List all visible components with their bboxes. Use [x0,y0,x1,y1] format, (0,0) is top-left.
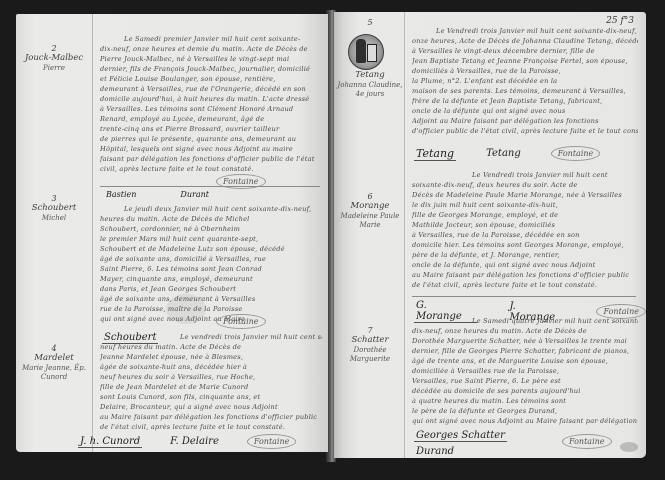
text-line: Le vendredi trois Janvier mil huit cent … [100,332,322,342]
text-line: le premier Mars mil huit cent quarante-s… [100,234,322,244]
text-line: Delaire, Brocanteur, qui a signé avec no… [100,402,322,412]
text-line: Décès de Madeleine Paule Marie Morange, … [412,190,638,200]
text-line: domiciliée à Versailles rue de la Parois… [412,366,638,376]
text-line: heures du matin. Acte de Décès de Michel [100,214,322,224]
text-line: civil, après lecture faite et le tout co… [100,164,322,174]
text-line: de pierres qui le présente, quarante ans… [100,134,322,144]
entry-surname: Jouck-Malbec [18,53,90,64]
entry-margin-4: 4 Mardelet Marie Jeanne, Ép. Cunord [18,344,90,382]
text-line: Le Samedi premier Janvier mil huit cent … [100,34,322,44]
entry-text-4: Le vendredi trois Janvier mil huit cent … [100,332,322,432]
left-page: 2 Jouck-Malbec Pierre Le Samedi premier … [16,14,328,452]
fiscal-stamp-icon [348,34,384,70]
text-line: Le Vendredi trois Janvier mil huit cent [412,170,638,180]
signature: Fontaine [247,434,297,449]
text-line: Jeanne Mardelet épouse, née à Blesmes, [100,352,322,362]
text-line: âgé de soixante ans, demeurant à Versail… [100,294,322,304]
entry-margin-5: 5 [334,18,406,27]
text-line: Pierre Jouck-Malbec, né à Versailles le … [100,54,322,64]
text-line: Schoubert et de Madeleine Lutz son épous… [100,244,322,254]
signature: Fontaine [216,314,266,329]
text-line: le père de la défunte et Georges Durand, [412,406,638,416]
entry-text-2: Le Samedi premier Janvier mil huit cent … [100,34,322,174]
text-line: Mayer, cinquante ans, employé, demeurant [100,274,322,284]
signature: F. Delaire [168,436,221,447]
text-line: dans Paris, et Jean Georges Schoubert [100,284,322,294]
folio-number: 25 f°3 [606,16,634,26]
signature-row-7-official: Fontaine [562,434,612,449]
entry-surname: Schatter [334,335,406,346]
text-line: domicile hier. Les témoins sont Georges … [412,240,638,250]
entry-divider [412,296,636,297]
signature: Fontaine [551,146,601,161]
signature: Bastien [104,190,138,199]
entry-margin-3: 3 Schoubert Michel [18,194,90,223]
text-line: faisant par délégation les fonctions d'o… [100,154,322,164]
text-line: Schoubert, cordonnier, né à Obernheim [100,224,322,234]
text-line: le dix juin mil huit cent soixante-dix-h… [412,200,638,210]
entry-margin-6: 6 Morange Madeleine Paule Marie [334,192,406,230]
text-line: au Maire faisant par délégation les fonc… [412,270,638,280]
entry-divider [100,186,320,187]
text-line: neuf heures du matin. Acte de Décès de [100,342,322,352]
signature-row-3-top: Bastien Durant [104,190,211,199]
signature-row-4: J. h. Cunord F. Delaire Fontaine [78,434,296,449]
entry-text-3: Le jeudi deux Janvier mil huit cent soix… [100,204,322,324]
text-line: Renard, employé au Lycée, demeurant, âgé… [100,114,322,124]
text-line: frère de la défunte et Jean Baptiste Tet… [412,96,638,106]
entry-given-name: Johanna Claudine, 4e jours [334,81,406,99]
entry-given-name: Madeleine Paule Marie [334,212,406,230]
text-line: d'officier public de l'état civil, après… [412,126,638,136]
text-line: Jean Baptiste Tetang et Jeanne Françoise… [412,56,638,66]
right-page: 25 f°3 5 Tetang Johanna Claudine, 4e jou… [334,12,646,458]
text-line: sont Louis Cunord, son fils, cinquante a… [100,392,322,402]
text-line: domiciliés à Versailles, rue de la Paroi… [412,66,638,76]
entry-number: 2 [18,44,90,53]
text-line: dix-neuf, onze heures et demie du matin.… [100,44,322,54]
text-line: de l'état civil, après lecture faite et … [412,280,638,290]
entry-surname: Morange [334,201,406,212]
text-line: à Versailles. Les témoins sont Clément H… [100,104,322,114]
text-line: Adjoint au Maire faisant par délégation … [412,116,638,126]
text-line: trente-cinq ans et Pierre Brossard, ouvr… [100,124,322,134]
signature-row-3-official: Fontaine [216,314,266,329]
text-line: âgée de soixante-huit ans, décédée hier … [100,362,322,372]
paper-stain [620,442,638,452]
folio-value: 25 [606,16,617,26]
signature: J. h. Cunord [78,436,142,448]
entry-number: 7 [334,326,406,335]
text-line: soixante-dix-neuf, deux heures du soir. … [412,180,638,190]
text-line: rue de la Paroisse, maître de la Paroiss… [100,304,322,314]
text-line: décédée au domicile de ses parents aujou… [412,386,638,396]
entry-given-name: Dorothée Marguerite [334,346,406,364]
text-line: qui ont signé avec nous Adjoint au Maire… [412,416,638,426]
text-line: qui ont signé avec nous Adjoint au Maire [100,314,322,324]
text-line: âgé de trente ans, et de Marguerite Loui… [412,356,638,366]
text-line: dix-neuf, onze heures du matin. Acte de … [412,326,638,336]
folio-alt: f°3 [620,16,634,26]
entry-margin-5-name: Tetang Johanna Claudine, 4e jours [334,70,406,99]
text-line: Le Vendredi trois Janvier mil huit cent … [412,26,638,36]
signature: Tetang [484,148,523,159]
entry-text-7: Le Samedi quatre Janvier mil huit cent s… [412,316,638,426]
signature: Georges Schatter [414,430,507,442]
signature-row-5: Tetang Tetang Fontaine [414,146,600,161]
text-line: et Félicie Louise Boulanger, son épouse,… [100,74,322,84]
entry-surname: Mardelet [18,353,90,364]
entry-text-5: Le Vendredi trois Janvier mil huit cent … [412,26,638,136]
entry-margin-2: 2 Jouck-Malbec Pierre [18,44,90,73]
text-line: père de la défunte, et J. Morange, renti… [412,250,638,260]
entry-number: 4 [18,344,90,353]
entry-given-name: Marie Jeanne, Ép. Cunord [18,364,90,382]
signature: Tetang [414,147,456,161]
signature: Durand [414,446,456,457]
entry-number: 5 [334,18,406,27]
text-line: la Plume, n°2. L'enfant est décédée en l… [412,76,638,86]
text-line: Le Samedi quatre Janvier mil huit cent s… [412,316,638,326]
text-line: Mathilde Jocteur, son épouse, domiciliés [412,220,638,230]
entry-given-name: Pierre [18,64,90,73]
entry-number: 6 [334,192,406,201]
text-line: fille de Georges Morange, employé, et de [412,210,638,220]
text-line: domicile aujourd'hui, à huit heures du m… [100,94,322,104]
entry-surname: Schoubert [18,203,90,214]
text-line: demeurant à Versailles, rue de l'Oranger… [100,84,322,94]
text-line: neuf heures du soir à Versailles, rue Ho… [100,372,322,382]
text-line: dernier, fils de François Jouck-Malbec, … [100,64,322,74]
text-line: maison de ses parents. Les témoins, deme… [412,86,638,96]
signature-row-7: Georges Schatter Durand [414,430,507,457]
text-line: Versailles, rue Saint Pierre, 6. Le père… [412,376,638,386]
text-line: fille de Jean Mardelet et de Marie Cunor… [100,382,322,392]
text-line: à Versailles le vingt-deux décembre dern… [412,46,638,56]
text-line: onze heures, Acte de Décès de Johanna Cl… [412,36,638,46]
text-line: Hôpital, lesquels ont signé avec nous Ad… [100,144,322,154]
text-line: âgé de soixante ans, domicilié à Versail… [100,254,322,264]
text-line: au Maire faisant par délégation les fonc… [100,412,322,422]
margin-rule [92,14,93,452]
text-line: dernier, fille de Georges Pierre Schatte… [412,346,638,356]
text-line: de l'état civil, après lecture faite et … [100,422,322,432]
entry-text-6: Le Vendredi trois Janvier mil huit cent … [412,170,638,290]
text-line: à Versailles, rue de la Paroisse, décédé… [412,230,638,240]
text-line: oncle de la défunte qui ont signé avec n… [412,106,638,116]
entry-surname: Tetang [334,70,406,81]
entry-number: 3 [18,194,90,203]
text-line: Dorothée Marguerite Schatter, née à Vers… [412,336,638,346]
text-line: oncle de la défunte, qui ont signé avec … [412,260,638,270]
text-line: à quatre heures du matin. Les témoins so… [412,396,638,406]
entry-margin-7: 7 Schatter Dorothée Marguerite [334,326,406,364]
entry-given-name: Michel [18,214,90,223]
signature: Durant [178,190,211,199]
text-line: Le jeudi deux Janvier mil huit cent soix… [100,204,322,214]
signature: Fontaine [562,434,612,449]
text-line: Saint Pierre, 6. Les témoins sont Jean C… [100,264,322,274]
